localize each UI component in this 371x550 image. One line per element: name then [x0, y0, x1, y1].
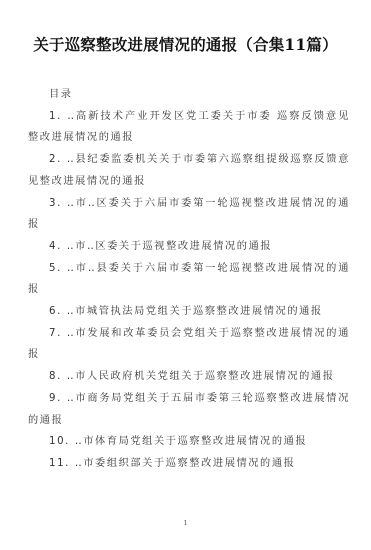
toc-item-2: 2. ‥县纪委监委机关关于市委第六巡察组提级巡察反馈意见整改进展情况的通报 [28, 149, 350, 192]
toc-item-11: 11. ‥市委组织部关于巡察整改进展情况的通报 [28, 453, 350, 475]
toc-heading: 目录 [28, 84, 350, 106]
toc-item-6: 6. ‥市城管执法局党组关于巡察整改进展情况的通报 [28, 301, 350, 323]
toc-item-1: 1. ‥高新技术产业开发区党工委关于市委 巡察反馈意见整改进展情况的通报 [28, 106, 350, 149]
toc-item-8: 8. ‥市人民政府机关党组关于巡察整改进展情况的通报 [28, 366, 350, 388]
toc-item-4: 4. ‥市‥区委关于巡视整改进展情况的通报 [28, 236, 350, 258]
toc-item-10: 10. ‥市体育局党组关于巡察整改进展情况的通报 [28, 431, 350, 453]
toc-item-7: 7. ‥市发展和改革委员会党组关于巡察整改进展情况的通报 [28, 323, 350, 366]
document-title: 关于巡察整改进展情况的通报（合集11篇） [0, 33, 371, 55]
toc-item-3: 3. ‥市‥区委关于六届市委第一轮巡视整改进展情况的通报 [28, 193, 350, 236]
table-of-contents: 目录 1. ‥高新技术产业开发区党工委关于市委 巡察反馈意见整改进展情况的通报 … [28, 84, 350, 475]
toc-item-5: 5. ‥市‥县委关于六届市委第一轮巡视整改进展情况的通报 [28, 258, 350, 301]
page-number: 1 [0, 520, 371, 527]
toc-item-9: 9. ‥市商务局党组关于五届市委第三轮巡察整改进展情况的通报 [28, 388, 350, 431]
